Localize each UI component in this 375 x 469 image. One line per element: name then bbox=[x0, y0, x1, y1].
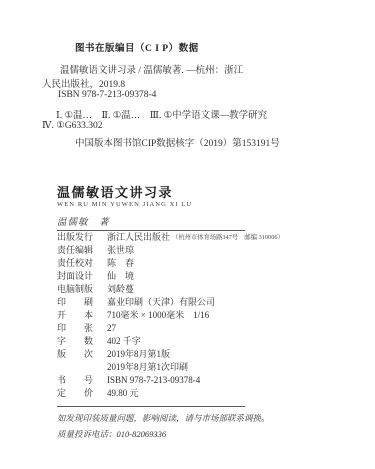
colophon-value: 710毫米 × 1000毫米 1/16 bbox=[107, 309, 209, 322]
book-title: 温儒敏语文讲习录 bbox=[57, 182, 173, 201]
complaint-phone: 质量投诉电话：010-82069336 bbox=[57, 428, 166, 440]
colophon-value: 刘龄蔓 bbox=[107, 283, 134, 296]
colophon-value: 浙江人民出版社 bbox=[107, 231, 170, 244]
cip-classification-line2: Ⅳ. ①G633.302 bbox=[42, 120, 103, 131]
colophon-value: 张世琼 bbox=[107, 244, 134, 257]
colophon-label: 电脑制版 bbox=[57, 283, 97, 296]
colophon-value: 2019年8月第1次印刷 bbox=[107, 361, 188, 374]
colophon-label: 责任编辑 bbox=[57, 244, 97, 257]
cip-box-title: 图书在版编目（C I P）数据 bbox=[75, 40, 199, 54]
colophon-value: 嘉业印刷（天津）有限公司 bbox=[107, 296, 215, 309]
colophon-label: 印 刷 bbox=[57, 296, 97, 309]
publisher-address-note: （杭州市体育场路347号 邮编 310006） bbox=[172, 231, 284, 244]
colophon-label: 定 价 bbox=[57, 387, 97, 400]
colophon-row-editor: 责任编辑 张世琼 bbox=[57, 244, 284, 257]
colophon-row-edition: 版 次 2019年8月第1版 bbox=[57, 348, 284, 361]
colophon-row-sheets: 印 张 27 bbox=[57, 322, 284, 335]
colophon-value: 仙 境 bbox=[107, 270, 134, 283]
colophon-row-printer: 印 刷 嘉业印刷（天津）有限公司 bbox=[57, 296, 284, 309]
cip-isbn-line: ISBN 978-7-213-09378-4 bbox=[58, 90, 156, 100]
colophon-row-cover-design: 封面设计 仙 境 bbox=[57, 270, 284, 283]
colophon-label: 书 号 bbox=[57, 374, 97, 387]
colophon-row-price: 定 价 49.80 元 bbox=[57, 387, 284, 400]
cip-entry-line2: 人民出版社，2019.8 bbox=[42, 76, 125, 90]
copyright-page: 图书在版编目（C I P）数据 温儒敏语文讲习录 / 温儒敏著. —杭州：浙江 … bbox=[0, 0, 375, 469]
quality-note: 如发现印装质量问题，影响阅读，请与市场部联系调换。 bbox=[57, 412, 270, 424]
colophon-value: 49.80 元 bbox=[107, 387, 139, 400]
colophon-row-isbn: 书 号 ISBN 978-7-213-09378-4 bbox=[57, 374, 284, 387]
colophon-label: 封面设计 bbox=[57, 270, 97, 283]
book-title-pinyin: WEN RU MIN YUWEN JIANG XI LU bbox=[57, 201, 192, 208]
colophon-value: 402 千字 bbox=[107, 335, 141, 348]
colophon-label: 字 数 bbox=[57, 335, 97, 348]
colophon-value: 2019年8月第1版 bbox=[107, 348, 170, 361]
colophon-label: 印 张 bbox=[57, 322, 97, 335]
colophon-row-typesetting: 电脑制版 刘龄蔓 bbox=[57, 283, 284, 296]
colophon-label: 开 本 bbox=[57, 309, 97, 322]
book-author: 温儒敏 著 bbox=[57, 214, 110, 228]
colophon-list: 出版发行 浙江人民出版社 （杭州市体育场路347号 邮编 310006） 责任编… bbox=[57, 231, 284, 400]
divider-bottom bbox=[57, 406, 245, 407]
colophon-row-format: 开 本 710毫米 × 1000毫米 1/16 bbox=[57, 309, 284, 322]
colophon-row-publisher: 出版发行 浙江人民出版社 （杭州市体育场路347号 邮编 310006） bbox=[57, 231, 284, 244]
cip-classification-line1: Ⅰ. ①温… Ⅱ. ①温… Ⅲ. ①中学语文课—教学研究 bbox=[56, 107, 267, 121]
colophon-value: ISBN 978-7-213-09378-4 bbox=[107, 374, 200, 387]
colophon-row-proofreader: 责任校对 陈 春 bbox=[57, 257, 284, 270]
colophon-value: 27 bbox=[107, 322, 116, 335]
cip-entry-line1: 温儒敏语文讲习录 / 温儒敏著. —杭州：浙江 bbox=[60, 62, 243, 76]
colophon-label: 出版发行 bbox=[57, 231, 97, 244]
colophon-label: 版 次 bbox=[57, 348, 97, 361]
colophon-value: 陈 春 bbox=[107, 257, 134, 270]
colophon-row-printing: 2019年8月第1次印刷 bbox=[57, 361, 284, 374]
colophon-row-word-count: 字 数 402 千字 bbox=[57, 335, 284, 348]
cip-record-number: 中国版本图书馆CIP数据核字（2019）第153191号 bbox=[75, 135, 280, 149]
colophon-label: 责任校对 bbox=[57, 257, 97, 270]
